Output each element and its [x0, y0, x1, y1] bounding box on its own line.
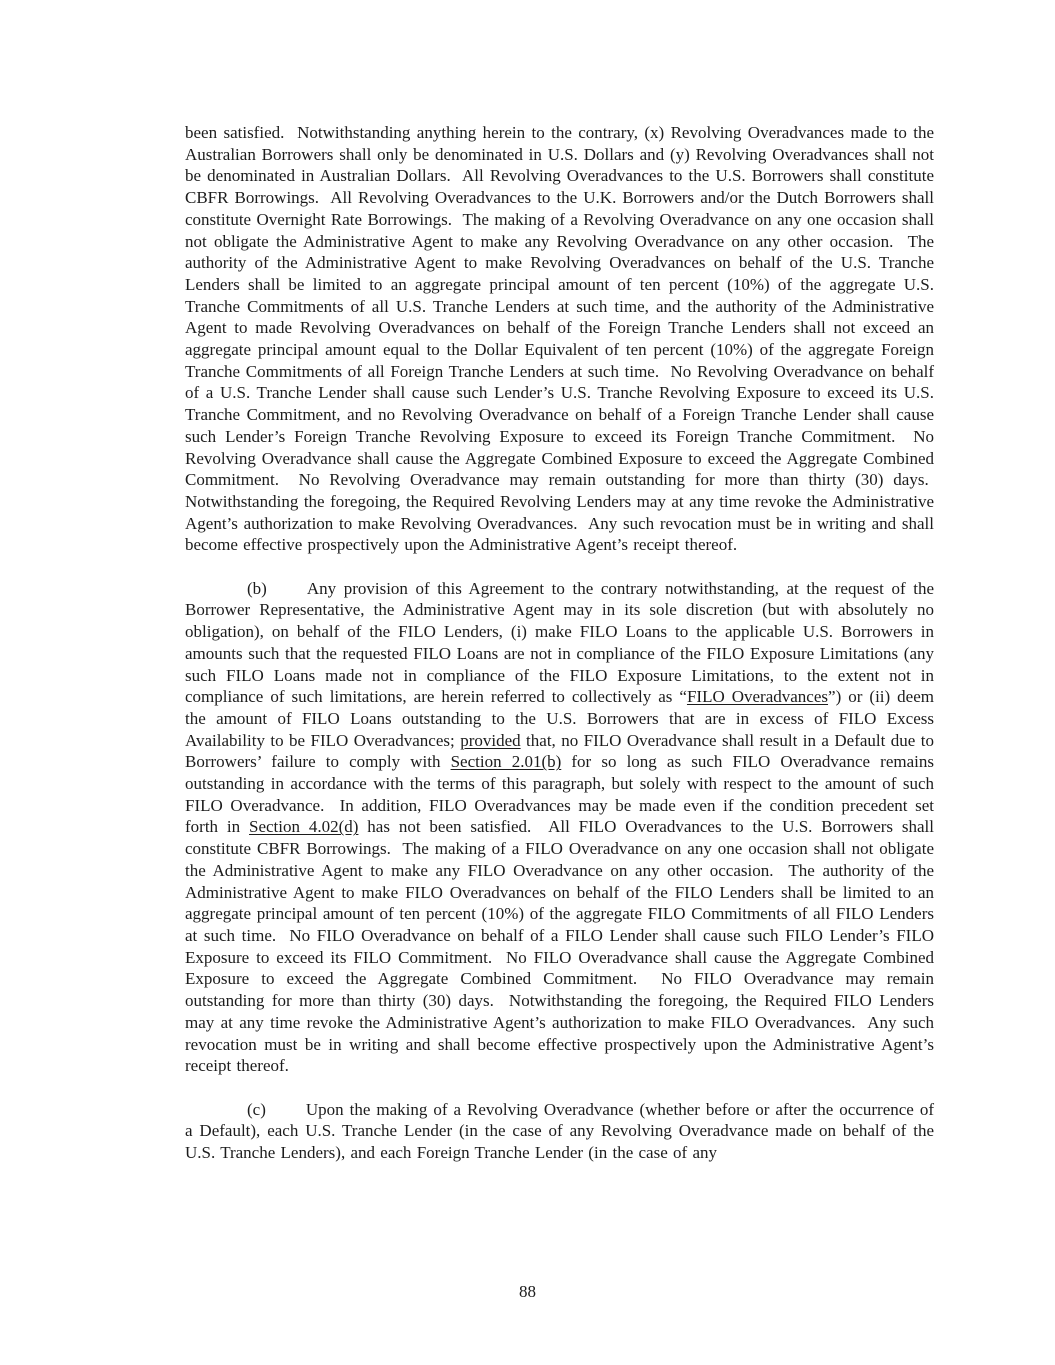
underlined-term: Section 4.02(d): [249, 817, 358, 836]
underlined-term: provided: [460, 731, 520, 750]
text-segment: Upon the making of a Revolving Overadvan…: [185, 1100, 934, 1162]
paragraph-b: (b)Any provision of this Agreement to th…: [185, 578, 934, 1077]
page-number: 88: [0, 1281, 1055, 1303]
underlined-term: Section 2.01(b): [451, 752, 562, 771]
document-page: been satisfied. Notwithstanding anything…: [0, 0, 1055, 1365]
text-segment: been satisfied. Notwithstanding anything…: [185, 123, 934, 554]
paragraph-c: (c)Upon the making of a Revolving Overad…: [185, 1099, 934, 1164]
paragraph-label: (b): [247, 579, 267, 598]
underlined-term: FILO Overadvances: [687, 687, 828, 706]
paragraph-label: (c): [247, 1100, 266, 1119]
page-body: been satisfied. Notwithstanding anything…: [185, 122, 934, 1164]
text-segment: has not been satisfied. All FILO Overadv…: [185, 817, 934, 1075]
paragraph-a-continuation: been satisfied. Notwithstanding anything…: [185, 122, 934, 556]
